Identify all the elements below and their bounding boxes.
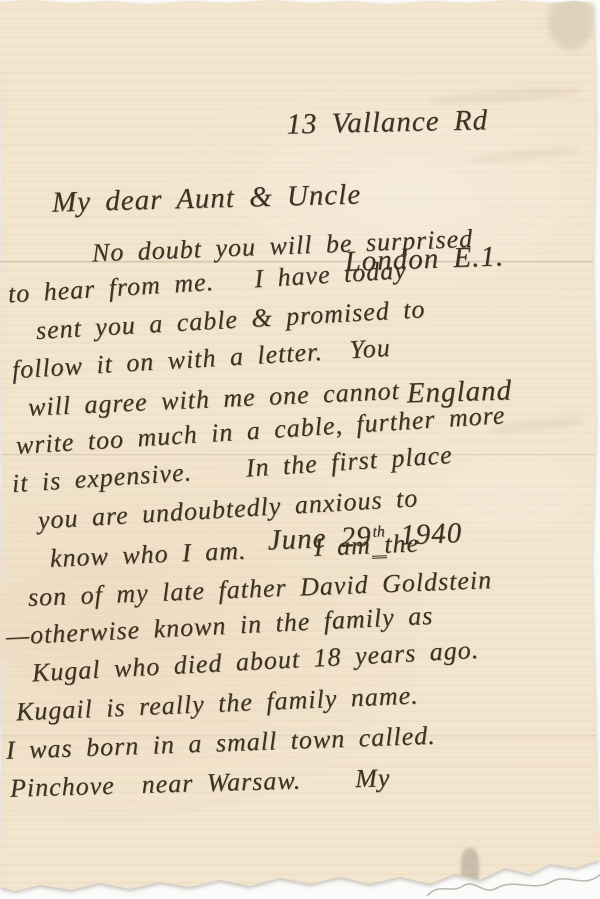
red-mark (556, 881, 568, 889)
address-line: 13 Vallance Rd (0, 96, 600, 154)
letter-paper: 13 Vallance Rd London E.1. England June … (0, 0, 600, 894)
paper-shadow-wrap: 13 Vallance Rd London E.1. England June … (0, 0, 600, 899)
letter-body: No doubt you will be surprisedto hear fr… (0, 238, 600, 808)
scanned-letter-page: 13 Vallance Rd London E.1. England June … (0, 0, 600, 899)
ink-smudge (461, 848, 479, 890)
